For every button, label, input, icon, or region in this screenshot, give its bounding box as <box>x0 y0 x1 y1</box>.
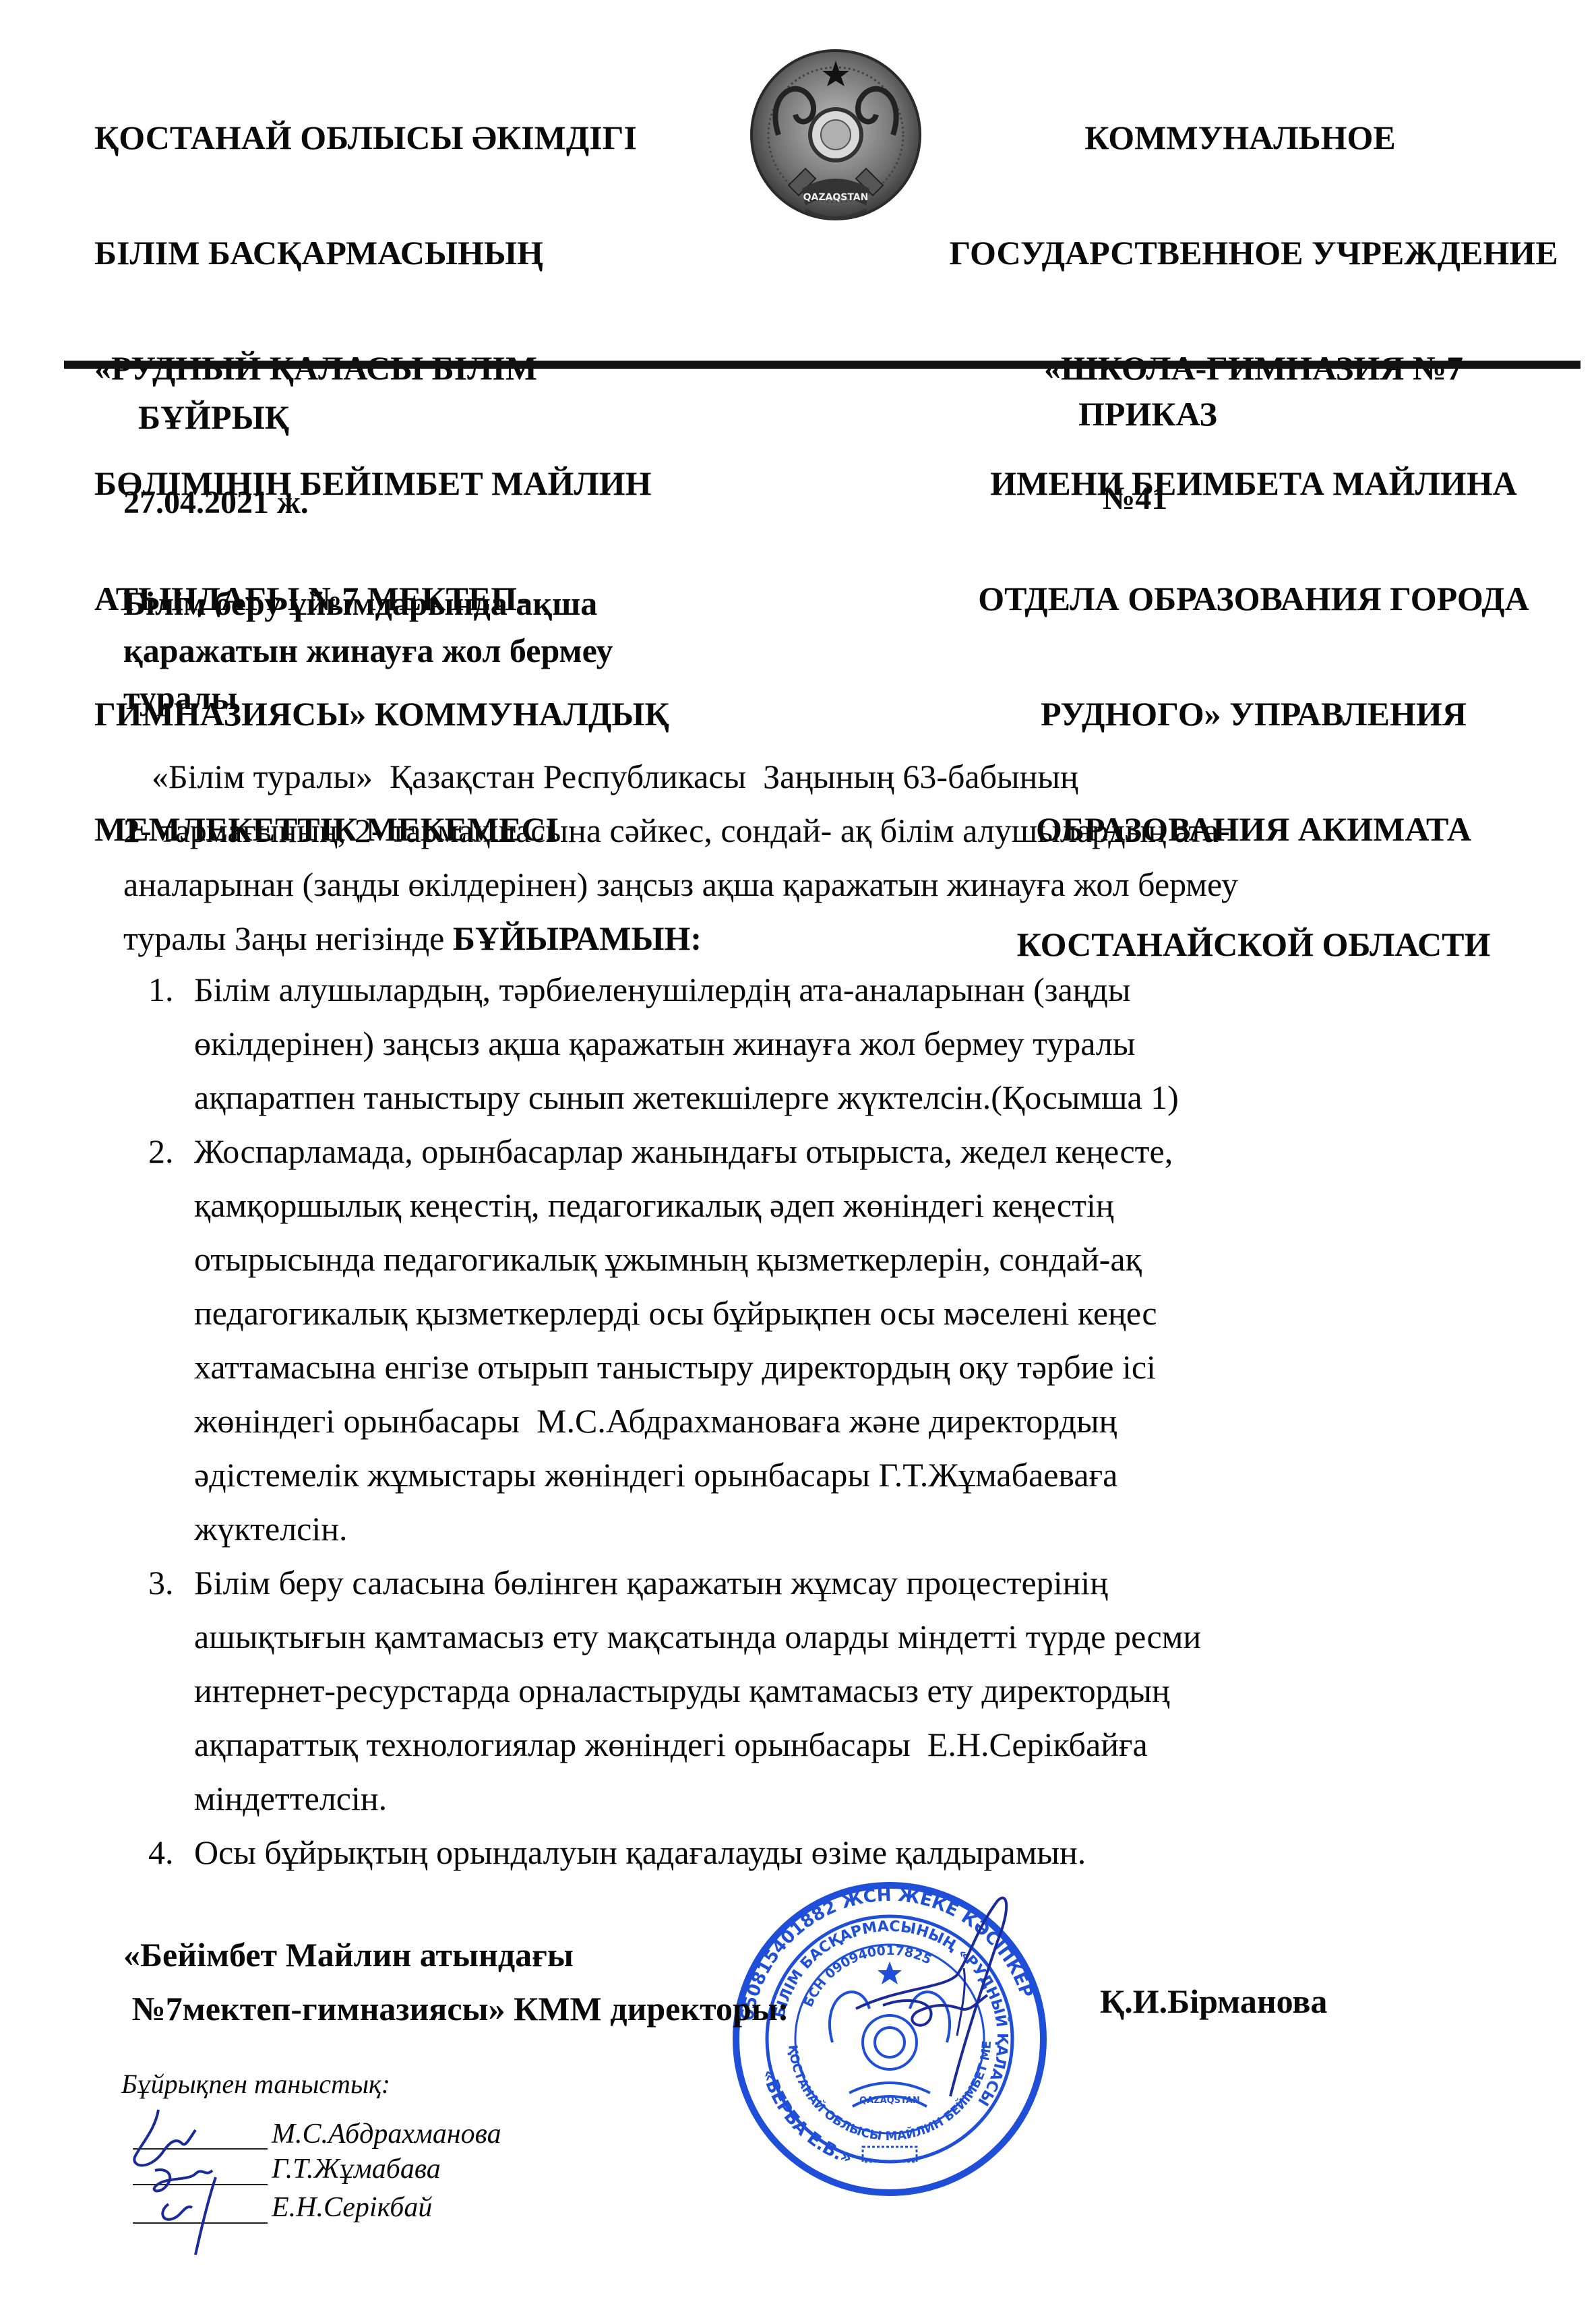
item-line: әдістемелік жұмыстары жөніндегі орынбаса… <box>194 1448 1173 1502</box>
header-divider <box>64 361 1580 369</box>
director-position-line: №7мектеп-гимназиясы» КММ директоры: <box>123 1982 789 2036</box>
preamble-line: 2- тармағының, 2- тармақшасына сәйкес, с… <box>123 803 1471 857</box>
header-right-line: ИМЕНИ БЕИМБЕТА МАЙЛИНА <box>930 464 1577 503</box>
item-line: ақпаратпен таныстыру сынып жетекшілерге … <box>194 1070 1179 1124</box>
item-line: өкілдерінен) заңсыз ақша қаражатын жинау… <box>194 1016 1179 1070</box>
preamble-line: туралы Заңы негізінде БҰЙЫРАМЫН: <box>123 911 1471 965</box>
acknowledgement-signatures-icon <box>128 2103 243 2258</box>
order-number: №41 <box>1103 480 1167 517</box>
preamble-line: «Білім туралы» Қазақстан Республикасы За… <box>123 750 1471 803</box>
item-line: қамқоршылық кеңестің, педагогикалық әдеп… <box>194 1178 1173 1232</box>
item-line: педагогикалық қызметкерлерді осы бұйрықп… <box>194 1286 1173 1340</box>
order-preamble: «Білім туралы» Қазақстан Республикасы За… <box>123 750 1471 965</box>
item-line: Білім алушылардың, тәрбиеленушілердің ат… <box>194 963 1179 1016</box>
item-line: ашықтығын қамтамасыз ету мақсатында олар… <box>194 1610 1201 1664</box>
item-number: 3. <box>148 1556 194 1825</box>
director-signature-icon <box>842 1887 1072 2103</box>
acknowledgement-name: Е.Н.Серікбай <box>272 2191 432 2224</box>
item-line: міндеттелсін. <box>194 1771 1201 1825</box>
director-position-line: «Бейімбет Майлин атындағы <box>123 1928 789 1982</box>
acknowledgement-label: Бұйрықпен таныстық: <box>121 2068 390 2100</box>
header-right-line: ОТДЕЛА ОБРАЗОВАНИЯ ГОРОДА <box>930 580 1577 618</box>
header-right-line: КОММУНАЛЬНОЕ <box>903 119 1577 157</box>
svg-text:QAZAQSTAN: QAZAQSTAN <box>803 192 869 203</box>
order-title-line: қаражатын жинауға жол бермеу <box>123 627 613 674</box>
header-left-line: ҚОСТАНАЙ ОБЛЫСЫ ӘКІМДІГІ <box>94 119 669 157</box>
item-line: отырысында педагогикалық ұжымның қызметк… <box>194 1232 1173 1286</box>
order-item: 2. Жоспарламада, орынбасарлар жанындағы … <box>148 1124 1483 1556</box>
director-position: «Бейімбет Майлин атындағы №7мектеп-гимна… <box>123 1928 789 2036</box>
director-name: Қ.И.Бірманова <box>1100 1982 1327 2021</box>
acknowledgement-name: М.С.Абдрахманова <box>272 2118 501 2150</box>
item-number: 2. <box>148 1124 194 1556</box>
order-title: Білім беру ұйымдарында ақша қаражатын жи… <box>123 580 613 721</box>
preamble-line: аналарынан (заңды өкілдерінен) заңсыз ақ… <box>123 857 1471 911</box>
item-line: ақпараттық технологиялар жөніндегі орынб… <box>194 1717 1201 1771</box>
header-right-line: ГОСУДАРСТВЕННОЕ УЧРЕЖДЕНИЕ <box>930 234 1577 272</box>
order-date: 27.04.2021 ж. <box>123 484 309 521</box>
order-item: 1. Білім алушылардың, тәрбиеленушілердің… <box>148 963 1483 1124</box>
order-item: 4. Осы бұйрықтың орындалуын қадағалауды … <box>148 1825 1483 1879</box>
order-directive: БҰЙЫРАМЫН: <box>453 919 702 957</box>
item-line: Осы бұйрықтың орындалуын қадағалауды өзі… <box>194 1825 1086 1879</box>
item-number: 4. <box>148 1825 194 1879</box>
item-line: жүктелсін. <box>194 1502 1173 1556</box>
item-line: Білім беру саласына бөлінген қаражатын ж… <box>194 1556 1201 1610</box>
acknowledgement-name: Г.Т.Жұмабава <box>272 2153 441 2185</box>
item-line: хаттамасына енгізе отырып таныстыру дире… <box>194 1340 1173 1394</box>
order-items-list: 1. Білім алушылардың, тәрбиеленушілердің… <box>148 963 1483 1879</box>
order-item: 3. Білім беру саласына бөлінген қаражаты… <box>148 1556 1483 1825</box>
item-number: 1. <box>148 963 194 1124</box>
order-title-line: Білім беру ұйымдарында ақша <box>123 580 613 627</box>
item-line: интернет-ресурстарда орналастыруды қамта… <box>194 1664 1201 1717</box>
header-left-line: БІЛІМ БАСҚАРМАСЫНЫҢ <box>94 234 669 272</box>
order-title-line: туралы <box>123 674 613 721</box>
item-line: жөніндегі орынбасары М.С.Абдрахмановаға … <box>194 1394 1173 1448</box>
order-type-russian: ПРИКАЗ <box>1078 394 1217 433</box>
header-right-line: РУДНОГО» УПРАВЛЕНИЯ <box>930 695 1577 733</box>
order-type-kazakh: БҰЙРЫҚ <box>138 398 289 437</box>
preamble-text: туралы Заңы негізінде <box>123 919 453 957</box>
item-line: Жоспарламада, орынбасарлар жанындағы оты… <box>194 1124 1173 1178</box>
